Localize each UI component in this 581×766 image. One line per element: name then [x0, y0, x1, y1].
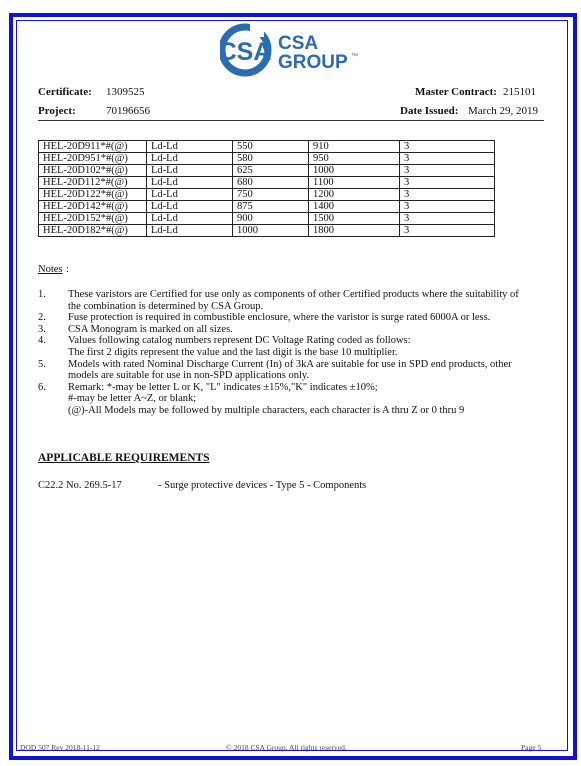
master-contract-field: Master Contract:	[415, 86, 497, 98]
clamping-voltage-cell: 1200	[309, 189, 400, 201]
note-text: CSA Monogram is marked on all sizes.	[68, 324, 548, 336]
clamping-voltage-cell: 950	[309, 153, 400, 165]
clamping-voltage-cell: 1500	[309, 213, 400, 225]
table-row: HEL-20D122*#(@)Ld-Ld75012003	[39, 189, 495, 201]
protection-mode-cell: Ld-Ld	[147, 189, 233, 201]
requirement-code: C22.2 No. 269.5-17	[38, 480, 158, 491]
table-row: HEL-20D182*#(@)Ld-Ld100018003	[39, 225, 495, 237]
certificate-label: Certificate:	[38, 86, 92, 98]
discharge-current-cell: 3	[400, 201, 495, 213]
protection-mode-cell: Ld-Ld	[147, 165, 233, 177]
clamping-voltage-cell: 910	[309, 141, 400, 153]
svg-text:GROUP: GROUP	[278, 52, 348, 73]
note-text: The first 2 digits represent the value a…	[68, 347, 548, 359]
note-item: 1.These varistors are Certified for use …	[38, 289, 548, 312]
voltage-rating-cell: 750	[233, 189, 309, 201]
date-issued-value: March 29, 2019	[468, 105, 538, 117]
note-number: 5.	[38, 359, 46, 371]
model-number-cell: HEL-20D951*#(@)	[39, 153, 147, 165]
certificate-field: Certificate:	[38, 86, 92, 98]
footer-page-number: Page 5	[521, 743, 541, 752]
voltage-rating-cell: 680	[233, 177, 309, 189]
csa-logo-icon: CSA CSA GROUP ™	[220, 22, 370, 78]
note-text: models are suitable for use in non-SPD a…	[68, 370, 548, 382]
certificate-value: 1309525	[106, 86, 145, 98]
note-text: Remark: *-may be letter L or K, "L" indi…	[68, 382, 548, 394]
protection-mode-cell: Ld-Ld	[147, 225, 233, 237]
voltage-rating-cell: 875	[233, 201, 309, 213]
voltage-rating-cell: 1000	[233, 225, 309, 237]
project-label: Project:	[38, 105, 76, 117]
clamping-voltage-cell: 1000	[309, 165, 400, 177]
model-number-cell: HEL-20D182*#(@)	[39, 225, 147, 237]
discharge-current-cell: 3	[400, 153, 495, 165]
header-divider	[38, 120, 544, 121]
notes-title: Notes	[38, 264, 63, 275]
notes-list: 1.These varistors are Certified for use …	[38, 289, 548, 417]
note-item: 4.Values following catalog numbers repre…	[38, 335, 548, 358]
model-number-cell: HEL-20D102*#(@)	[39, 165, 147, 177]
protection-mode-cell: Ld-Ld	[147, 177, 233, 189]
note-item: 6.Remark: *-may be letter L or K, "L" in…	[38, 382, 548, 417]
model-number-cell: HEL-20D122*#(@)	[39, 189, 147, 201]
discharge-current-cell: 3	[400, 177, 495, 189]
project-value: 70196656	[106, 105, 150, 117]
table-row: HEL-20D911*#(@)Ld-Ld5509103	[39, 141, 495, 153]
voltage-rating-cell: 580	[233, 153, 309, 165]
table-row: HEL-20D102*#(@)Ld-Ld62510003	[39, 165, 495, 177]
master-contract-label: Master Contract:	[415, 86, 497, 98]
protection-mode-cell: Ld-Ld	[147, 141, 233, 153]
project-field: Project:	[38, 105, 76, 117]
discharge-current-cell: 3	[400, 213, 495, 225]
table-row: HEL-20D142*#(@)Ld-Ld87514003	[39, 201, 495, 213]
note-number: 4.	[38, 335, 46, 347]
note-text: Models with rated Nominal Discharge Curr…	[68, 359, 548, 371]
table-row: HEL-20D152*#(@)Ld-Ld90015003	[39, 213, 495, 225]
footer-form-id: DQD 507 Rev 2018-11-12	[20, 743, 100, 752]
model-number-cell: HEL-20D112*#(@)	[39, 177, 147, 189]
date-issued-field: Date Issued:	[400, 105, 458, 117]
protection-mode-cell: Ld-Ld	[147, 201, 233, 213]
svg-text:CSA: CSA	[220, 38, 271, 66]
footer-copyright: © 2018 CSA Group. All rights reserved.	[226, 743, 347, 752]
model-number-cell: HEL-20D911*#(@)	[39, 141, 147, 153]
clamping-voltage-cell: 1100	[309, 177, 400, 189]
discharge-current-cell: 3	[400, 165, 495, 177]
note-text: Fuse protection is required in combustib…	[68, 312, 548, 324]
requirement-description: - Surge protective devices - Type 5 - Co…	[158, 480, 366, 491]
note-text: (@)-All Models may be followed by multip…	[68, 405, 548, 417]
date-issued-label: Date Issued:	[400, 105, 458, 117]
applicable-requirements-title: APPLICABLE REQUIREMENTS	[38, 452, 210, 464]
models-table: HEL-20D911*#(@)Ld-Ld5509103HEL-20D951*#(…	[38, 140, 495, 237]
notes-colon: :	[66, 264, 69, 275]
csa-group-logo: CSA CSA GROUP ™	[220, 22, 370, 78]
discharge-current-cell: 3	[400, 189, 495, 201]
svg-text:™: ™	[351, 53, 358, 60]
note-text: Values following catalog numbers represe…	[68, 335, 548, 347]
clamping-voltage-cell: 1800	[309, 225, 400, 237]
note-number: 2.	[38, 312, 46, 324]
note-item: 2.Fuse protection is required in combust…	[38, 312, 548, 324]
note-text: the combination is determined by CSA Gro…	[68, 301, 548, 313]
note-item: 5.Models with rated Nominal Discharge Cu…	[38, 359, 548, 382]
model-number-cell: HEL-20D152*#(@)	[39, 213, 147, 225]
note-number: 3.	[38, 324, 46, 336]
note-number: 1.	[38, 289, 46, 301]
discharge-current-cell: 3	[400, 225, 495, 237]
note-text: These varistors are Certified for use on…	[68, 289, 548, 301]
voltage-rating-cell: 900	[233, 213, 309, 225]
note-number: 6.	[38, 382, 46, 394]
model-number-cell: HEL-20D142*#(@)	[39, 201, 147, 213]
svg-text:CSA: CSA	[278, 33, 318, 54]
discharge-current-cell: 3	[400, 141, 495, 153]
table-row: HEL-20D112*#(@)Ld-Ld68011003	[39, 177, 495, 189]
note-text: #-may be letter A~Z, or blank;	[68, 393, 548, 405]
master-contract-value: 215101	[503, 86, 536, 98]
clamping-voltage-cell: 1400	[309, 201, 400, 213]
protection-mode-cell: Ld-Ld	[147, 213, 233, 225]
voltage-rating-cell: 625	[233, 165, 309, 177]
note-item: 3.CSA Monogram is marked on all sizes.	[38, 324, 548, 336]
protection-mode-cell: Ld-Ld	[147, 153, 233, 165]
table-row: HEL-20D951*#(@)Ld-Ld5809503	[39, 153, 495, 165]
voltage-rating-cell: 550	[233, 141, 309, 153]
